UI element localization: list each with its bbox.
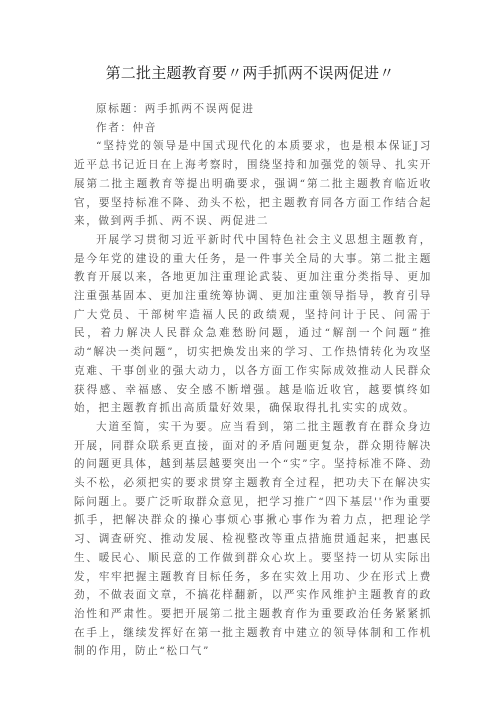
paragraph-3: 大道至简，实干为要。应当看到，第二批主题教育在群众身边开展，同群众联系更直接，面…: [74, 418, 432, 661]
document-body: 原标题：两手抓两不误两促进 作者：仲音 “坚持党的领导是中国式现代化的本质要求，…: [74, 100, 432, 661]
author-line: 作者：仲音: [74, 119, 432, 138]
document-page: 第二批主题教育要〃两手抓两不误两促进〃 原标题：两手抓两不误两促进 作者：仲音 …: [0, 0, 500, 707]
paragraph-1: “坚持党的领导是中国式现代化的本质要求，也是根本保证J习近平总书记近日在上海考察…: [74, 137, 432, 231]
paragraph-2: 开展学习贯彻习近平新时代中国特色社会主义思想主题教育，是今年党的建设的重大任务，…: [74, 231, 432, 418]
document-title: 第二批主题教育要〃两手抓两不误两促进〃: [0, 63, 500, 83]
original-title-line: 原标题：两手抓两不误两促进: [74, 100, 432, 119]
